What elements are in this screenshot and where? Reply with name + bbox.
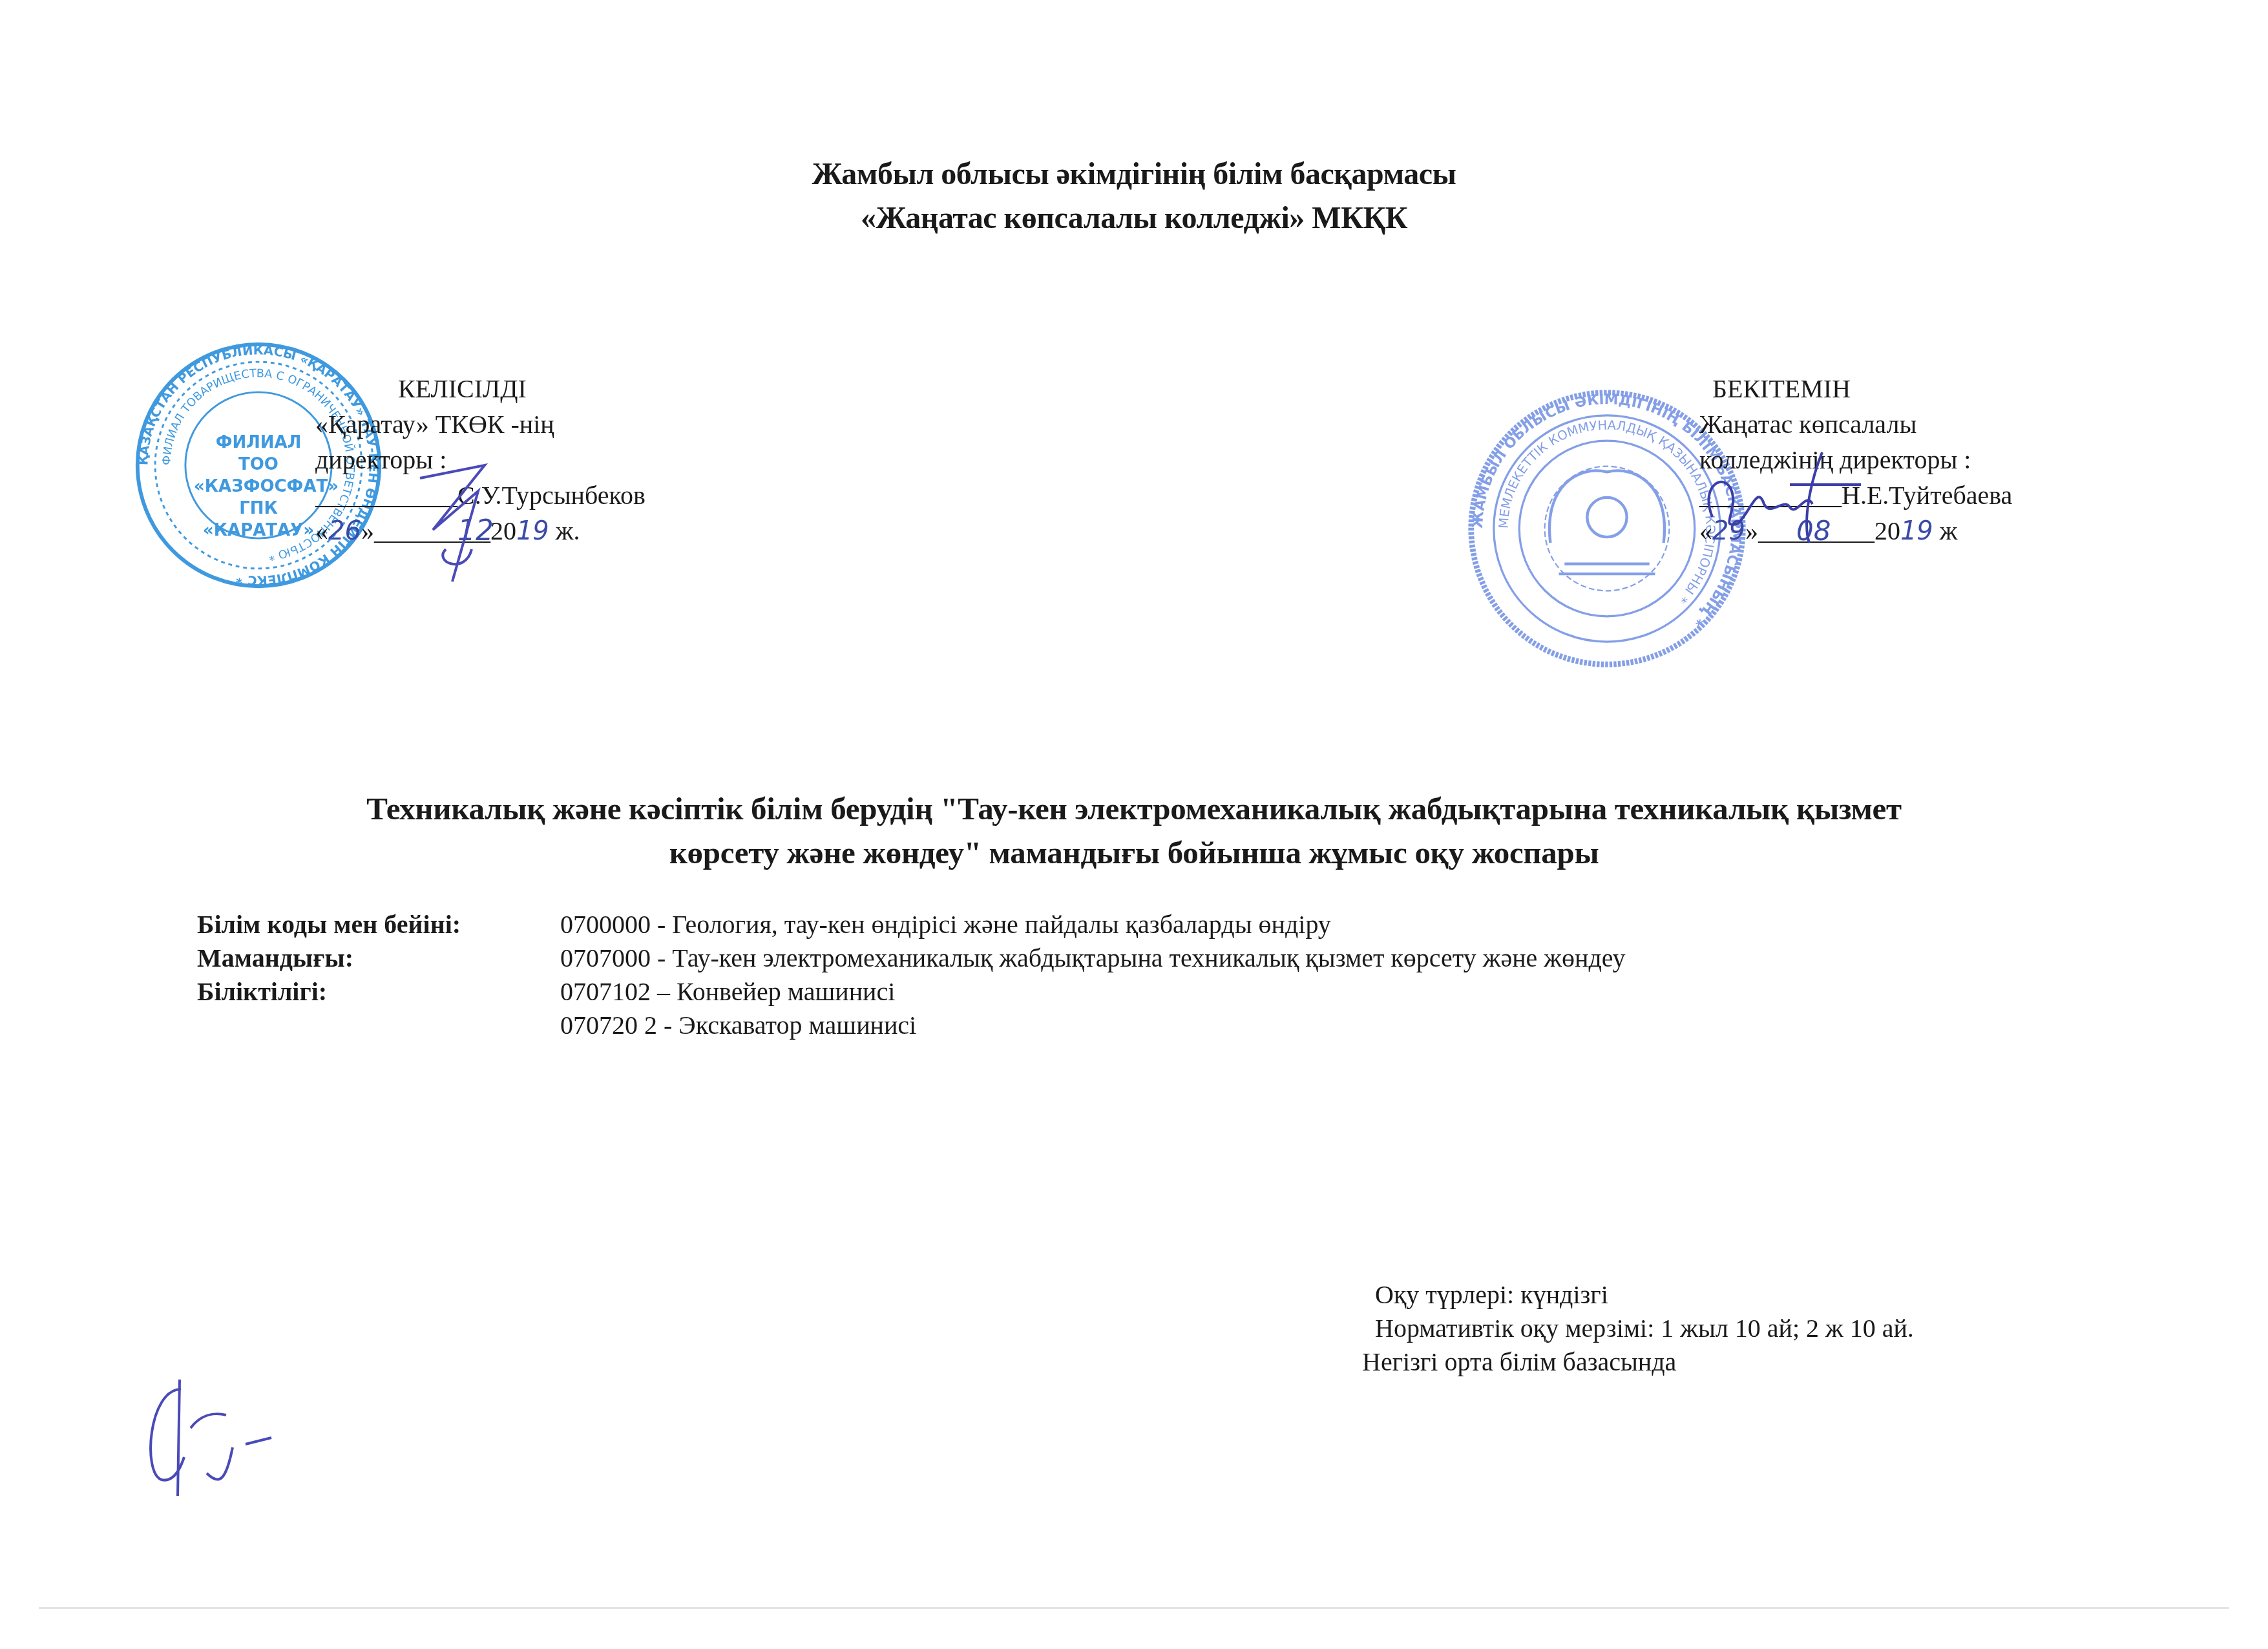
header-line-1: Жамбыл облысы әкімдігінің білім басқарма… [0, 152, 2268, 196]
info-label [197, 1009, 560, 1042]
approved-org: Жаңатас көпсалалы [1699, 406, 2012, 442]
study-duration: Нормативтік оқу мерзімі: 1 жыл 10 ай; 2 … [1369, 1312, 1914, 1345]
agreed-position: директоры : [315, 442, 646, 478]
header-line-2: «Жаңатас көпсалалы колледжі» МКҚК [0, 196, 2268, 240]
initials-signature-icon [129, 1376, 291, 1499]
approved-block: БЕКІТЕМІН Жаңатас көпсалалы колледжінің … [1699, 371, 2012, 549]
info-row-qualification-2: 070720 2 - Экскаватор машинисі [197, 1009, 1626, 1042]
plan-title-line-1: Техникалық және кәсіптік білім берудің "… [0, 787, 2268, 831]
plan-title-line-2: көрсету және жөндеу" мамандығы бойынша ж… [0, 831, 2268, 875]
info-row-education-code: Білім коды мен бейіні: 0700000 - Геологи… [197, 908, 1626, 941]
approved-date-day: 29 [1712, 516, 1745, 546]
study-base: Негізгі орта білім базасында [1362, 1345, 1914, 1379]
agreed-signature-line: ___________С.У.Турсынбеков [315, 478, 646, 513]
info-label: Мамандығы: [197, 941, 560, 975]
info-value: 070720 2 - Экскаватор машинисі [560, 1009, 916, 1042]
specialty-info: Білім коды мен бейіні: 0700000 - Геологи… [197, 908, 1626, 1042]
agreed-org: «Қаратау» ТКӨК -нің [315, 406, 646, 442]
agreed-heading: КЕЛІСІЛДІ [398, 371, 728, 406]
approved-heading: БЕКІТЕМІН [1712, 371, 2025, 406]
info-row-specialty: Мамандығы: 0707000 - Тау-кен электромеха… [197, 941, 1626, 975]
info-label: Білім коды мен бейіні: [197, 908, 560, 941]
agreed-block: КЕЛІСІЛДІ «Қаратау» ТКӨК -нің директоры … [315, 371, 646, 549]
approved-date: «29»_________2019 ж [1699, 513, 2012, 549]
info-value: 0707102 – Конвейер машинисі [560, 975, 895, 1009]
document-header: Жамбыл облысы әкімдігінің білім басқарма… [0, 152, 2268, 240]
info-value: 0707000 - Тау-кен электромеханикалық жаб… [560, 941, 1626, 975]
info-row-qualification: Біліктілігі: 0707102 – Конвейер машинисі [197, 975, 1626, 1009]
approved-date-month: 08 [1796, 513, 1831, 549]
plan-title: Техникалық және кәсіптік білім берудің "… [0, 787, 2268, 875]
study-details: Оқу түрлері: күндізгі Нормативтік оқу ме… [1369, 1278, 1914, 1379]
approved-position: колледжінің директоры : [1699, 442, 2012, 478]
study-form: Оқу түрлері: күндізгі [1369, 1278, 1914, 1312]
agreed-date-year: 19 [516, 516, 549, 546]
approved-signature-line: ___________Н.Е.Туйтебаева [1699, 478, 2012, 513]
stamp-center-line-3: ГПК «КАРАТАУ» [194, 498, 323, 541]
agreed-date-day: 26 [328, 516, 361, 546]
scan-edge-divider [39, 1607, 2229, 1609]
info-value: 0700000 - Геология, тау-кен өндірісі жән… [560, 908, 1331, 941]
stamp-center-line-1: ФИЛИАЛ ТОО [194, 432, 323, 476]
agreed-date-month: 12 [457, 513, 494, 549]
stamp-center-line-2: «КАЗФОСФАТ» [194, 476, 323, 498]
approved-date-year: 19 [1900, 516, 1933, 546]
info-label: Біліктілігі: [197, 975, 560, 1009]
